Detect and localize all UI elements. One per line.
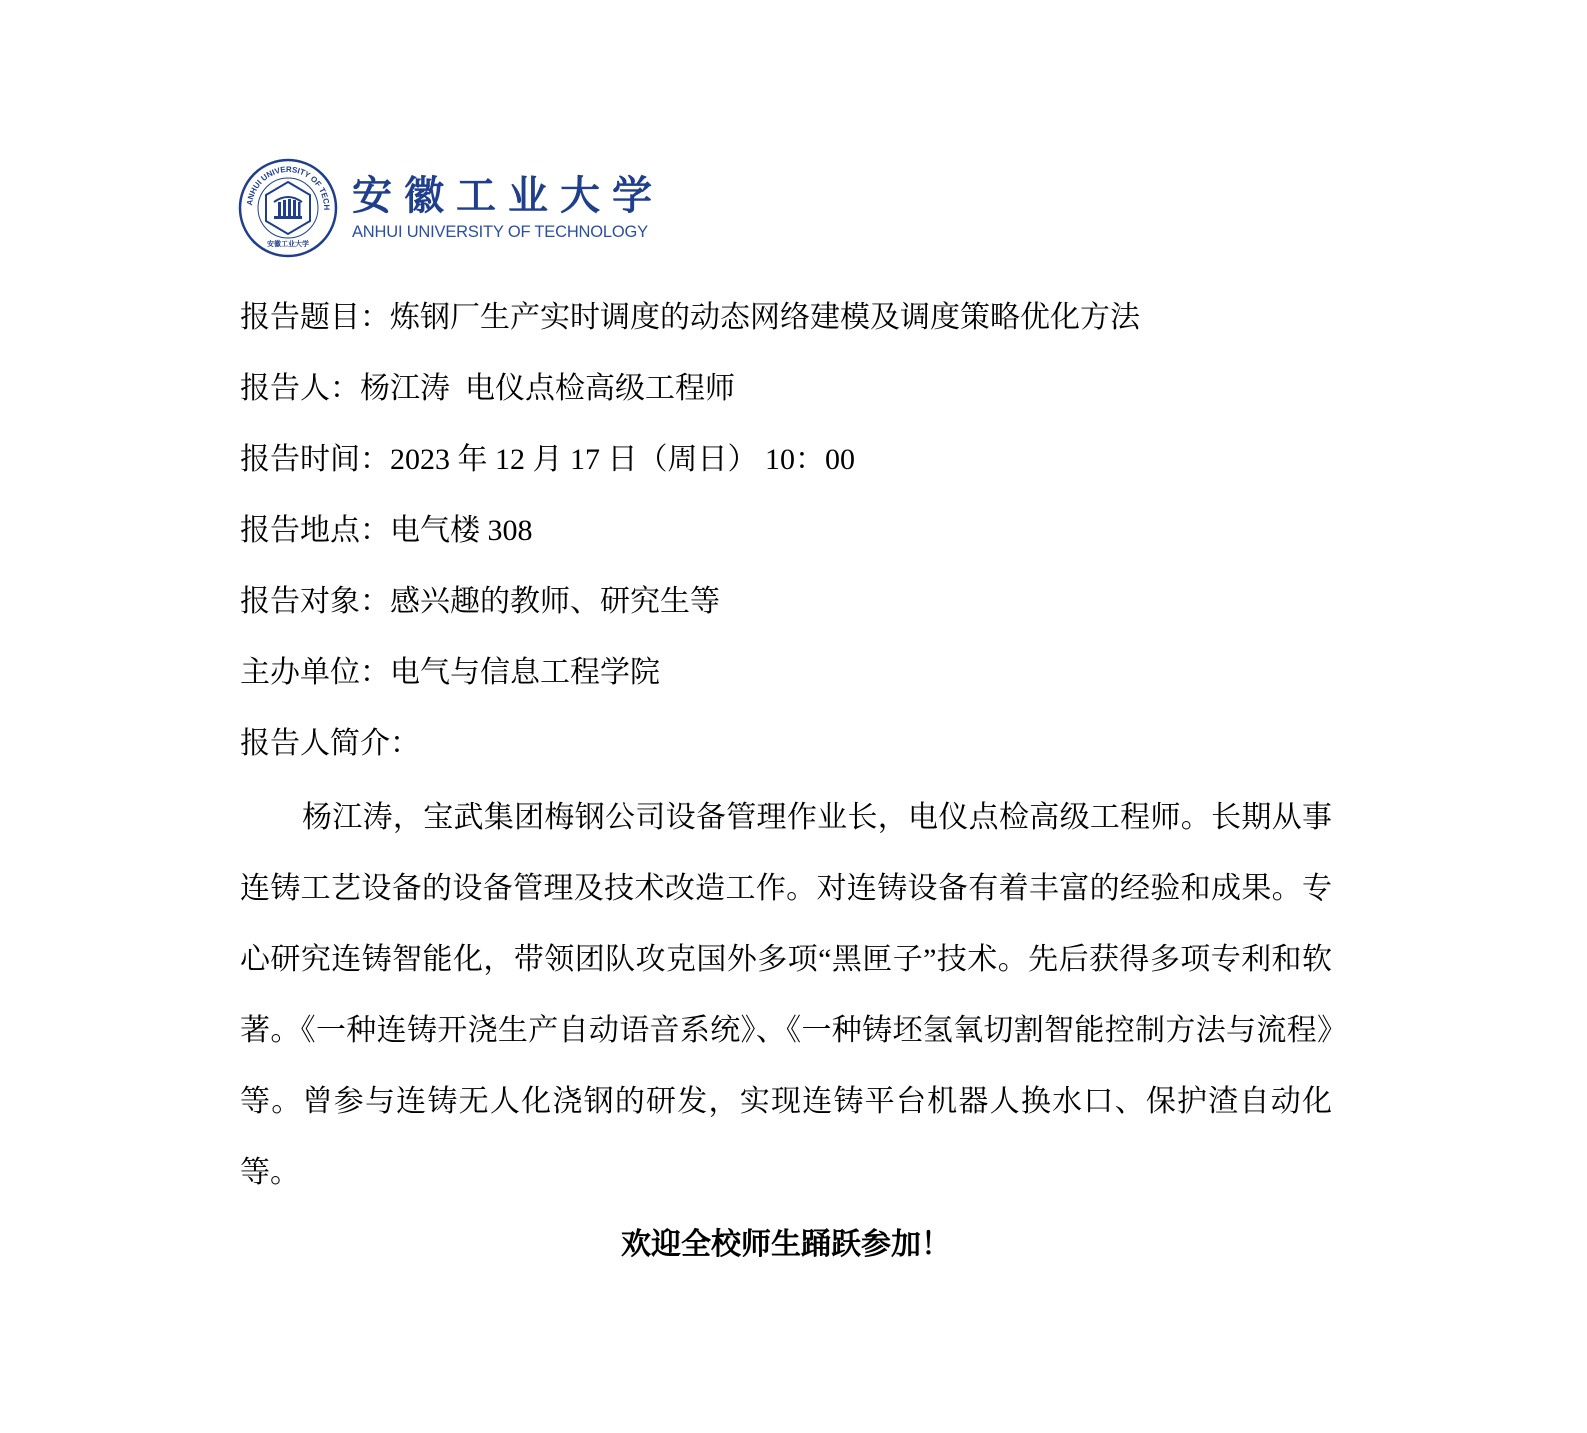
field-value: 炼钢厂生产实时调度的动态网络建模及调度策略优化方法 (390, 301, 1140, 334)
field-label: 报告人简介： (240, 727, 420, 760)
field-label: 报告题目： (240, 301, 390, 334)
field-organizer: 主办单位：电气与信息工程学院 (240, 655, 660, 691)
field-bio-heading: 报告人简介： (240, 726, 420, 762)
university-name-cn: 安徽工业大学 (352, 173, 664, 219)
university-seal-icon: ANHUI UNIVERSITY OF TECHNOLOGY 安徽工业大学 (238, 158, 338, 258)
field-audience: 报告对象：感兴趣的教师、研究生等 (240, 584, 720, 620)
field-label: 主办单位： (240, 656, 390, 689)
field-time: 报告时间：2023 年 12 月 17 日（周日） 10：00 (240, 442, 855, 478)
university-name-en: ANHUI UNIVERSITY OF TECHNOLOGY (352, 221, 664, 243)
speaker-bio: 杨江涛，宝武集团梅钢公司设备管理作业长，电仪点检高级工程师。长期从事连铸工艺设备… (240, 782, 1332, 1208)
welcome-message: 欢迎全校师生踊跃参加！ (0, 1227, 1572, 1263)
field-speaker: 报告人：杨江涛 电仪点检高级工程师 (240, 371, 735, 407)
field-value: 2023 年 12 月 17 日（周日） 10：00 (390, 443, 855, 476)
field-title: 报告题目：炼钢厂生产实时调度的动态网络建模及调度策略优化方法 (240, 300, 1140, 336)
svg-text:安徽工业大学: 安徽工业大学 (267, 239, 309, 248)
field-label: 报告人： (240, 372, 360, 405)
field-value: 杨江涛 电仪点检高级工程师 (360, 372, 735, 405)
university-logo: ANHUI UNIVERSITY OF TECHNOLOGY 安徽工业大学 安徽… (238, 158, 664, 258)
field-label: 报告对象： (240, 585, 390, 618)
field-location: 报告地点：电气楼 308 (240, 513, 533, 549)
field-value: 感兴趣的教师、研究生等 (390, 585, 720, 618)
field-value: 电气与信息工程学院 (390, 656, 660, 689)
field-label: 报告地点： (240, 514, 390, 547)
field-label: 报告时间： (240, 443, 390, 476)
field-value: 电气楼 308 (390, 514, 533, 547)
